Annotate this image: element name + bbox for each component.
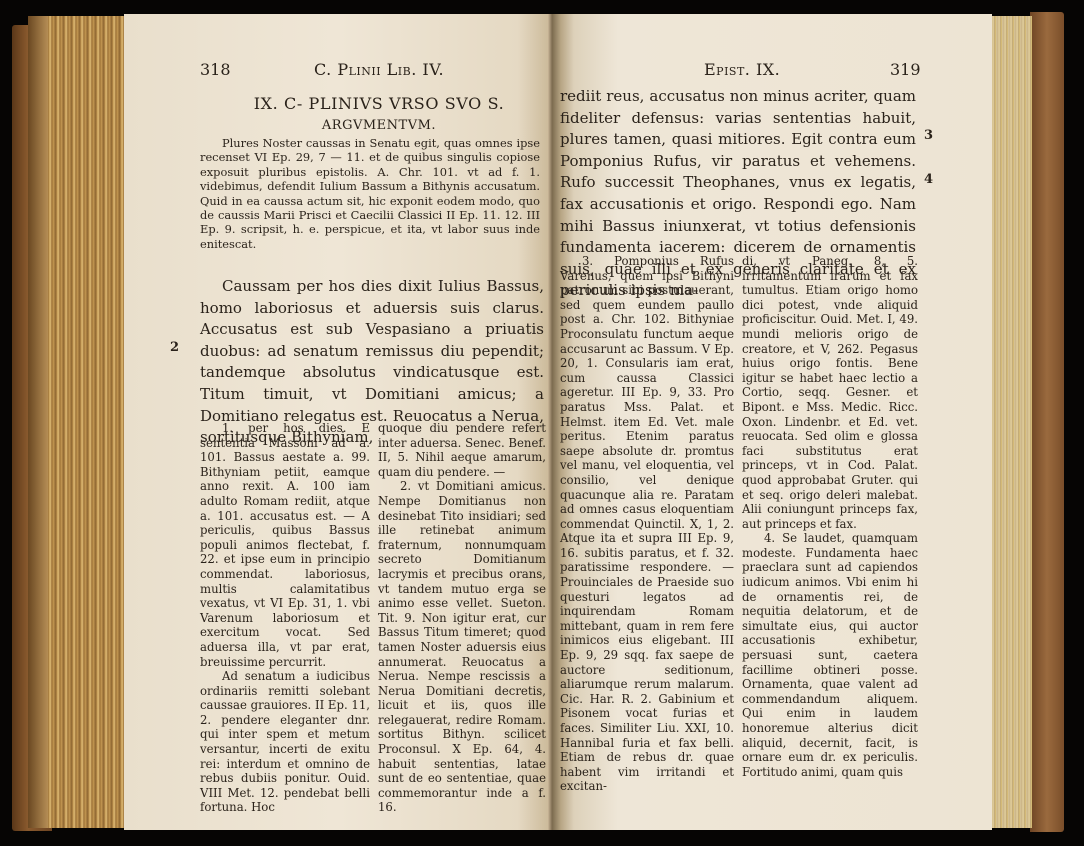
footnote-1b: Ad senatum a iudicibus ordinariis remitt… [200,669,370,815]
running-head-left: C. Plinii Lib. IV. [314,60,444,79]
footnote-1-cont: quoque diu pendere refert inter aduersa.… [378,421,546,479]
footnote-3: 3. Pomponius Rufus Varenus, quem ipsi Bi… [560,254,734,794]
page-number-left: 318 [200,60,231,79]
margin-number-2: 2 [170,340,179,355]
book-cover-right [1030,12,1064,832]
left-page: 318 C. Plinii Lib. IV. IX. C- PLINIVS VR… [124,14,552,830]
running-head-right: Epist. IX. [704,60,780,79]
footnote-2: 2. vt Domitiani amicus. Nempe Domitianus… [378,479,546,815]
page-edges-right [990,16,1032,828]
footnote-col2-right: di, vt Paneg. 8, 5. irritamentum irarum … [742,254,918,779]
argument-text: Plures Noster caussas in Senatu egit, qu… [200,136,540,251]
footnote-4: 4. Se laudet, quamquam modeste. Fundamen… [742,531,918,779]
footnote-3-cont: di, vt Paneg. 8, 5. irritamentum irarum … [742,254,918,531]
margin-number-3: 3 [924,128,933,143]
footnote-col1-left: 1. per hos dies. E sententia Massoni ad … [200,421,370,815]
argument-title: ARGVMENTVM. [214,118,544,133]
page-number-right: 319 [890,60,921,79]
letter-title: IX. C- PLINIVS VRSO SVO S. [214,94,544,113]
page-edges-left [28,16,126,828]
margin-number-4: 4 [924,172,933,187]
right-page: Epist. IX. 319 rediit reus, accusatus no… [552,14,992,830]
footnote-1: 1. per hos dies. E sententia Massoni ad … [200,421,370,669]
footnote-col2-left: quoque diu pendere refert inter aduersa.… [378,421,546,815]
